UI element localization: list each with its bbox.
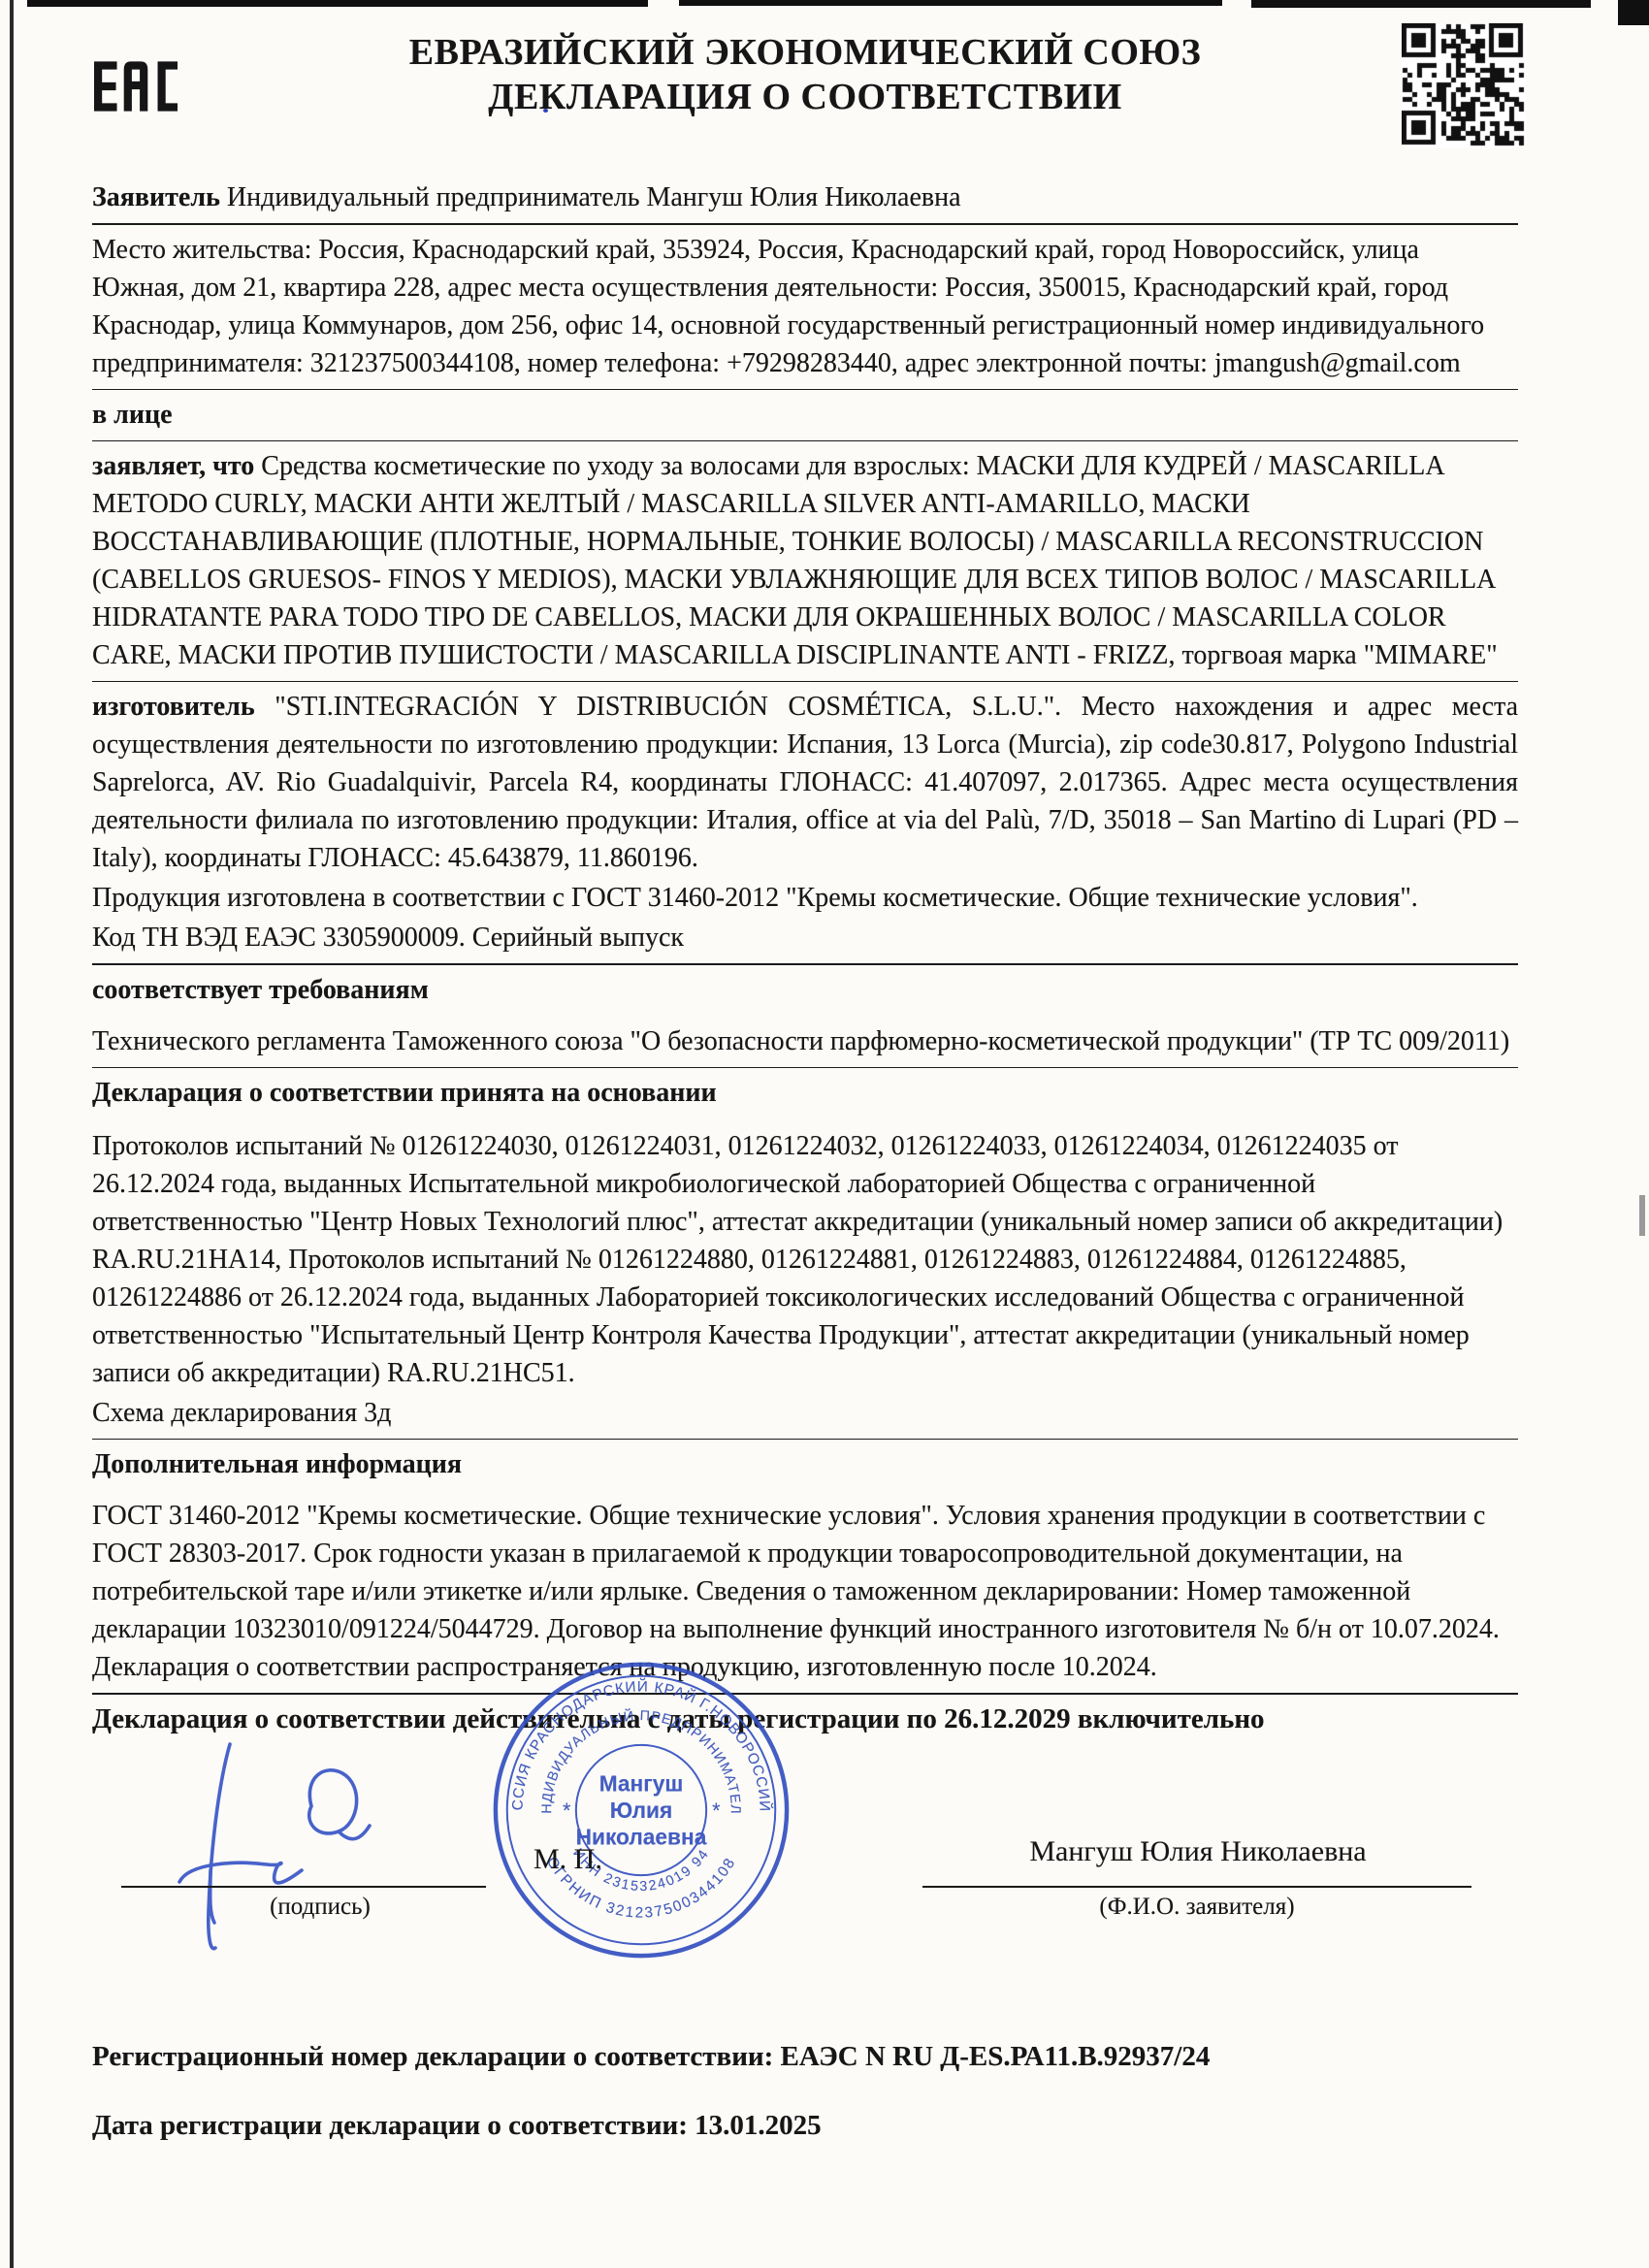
signature-caption: (подпись): [199, 1894, 441, 1921]
complies-text: Технического регламента Таможенного союз…: [92, 1022, 1518, 1060]
signature-area: РОССИЯ КРАСНОДАРСКИЙ КРАЙ Г.НОВОРОССИЙСК…: [92, 1746, 1518, 1991]
section-rule: [92, 681, 1518, 682]
registration-number-label: Регистрационный номер декларации о соотв…: [92, 2041, 773, 2072]
scan-top-strip: [27, 0, 648, 7]
document-header: ЕВРАЗИЙСКИЙ ЭКОНОМИЧЕСКИЙ СОЮЗ ДЕКЛАРАЦИ…: [92, 25, 1518, 178]
registration-date-label: Дата регистрации декларации о соответств…: [92, 2110, 688, 2141]
additional-text: ГОСТ 31460-2012 "Кремы косметические. Об…: [92, 1497, 1518, 1686]
scan-side-mark: [1639, 1195, 1645, 1236]
title-declaration: ДЕКЛАРАЦИЯ О СООТВЕТСТВИИ: [92, 76, 1518, 120]
tnved-line: Код ТН ВЭД ЕАЭС 3305900009. Серийный вып…: [92, 919, 1518, 956]
fio-line: [922, 1886, 1471, 1888]
section-rule: [92, 1067, 1518, 1068]
manufacturer-label: изготовитель: [92, 692, 255, 722]
basis-text: Протоколов испытаний № 01261224030, 0126…: [92, 1127, 1518, 1392]
scan-corner-mark: [1618, 0, 1649, 25]
stamp-star-left: *: [563, 1798, 571, 1823]
registration-number-line: Регистрационный номер декларации о соотв…: [92, 2041, 1518, 2073]
stamp-name-line1: Мангуш: [599, 1770, 684, 1796]
applicant-fio-name: Мангуш Юлия Николаевна: [897, 1835, 1499, 1868]
section-rule: [92, 1439, 1518, 1440]
applicant-value: Индивидуальный предприниматель Мангуш Юл…: [227, 182, 961, 212]
round-stamp: РОССИЯ КРАСНОДАРСКИЙ КРАЙ Г.НОВОРОССИЙСК…: [488, 1657, 794, 1963]
residence-paragraph: Место жительства: Россия, Краснодарский …: [92, 231, 1518, 382]
title-union: ЕВРАЗИЙСКИЙ ЭКОНОМИЧЕСКИЙ СОЮЗ: [92, 31, 1518, 76]
handwritten-signature: [121, 1717, 529, 1960]
registration-date-line: Дата регистрации декларации о соответств…: [92, 2110, 1518, 2142]
signature-line: [121, 1886, 486, 1888]
declaration-document-page: ЕВРАЗИЙСКИЙ ЭКОНОМИЧЕСКИЙ СОЮЗ ДЕКЛАРАЦИ…: [0, 0, 1649, 2268]
scan-top-strip: [1251, 0, 1591, 8]
production-gost-paragraph: Продукция изготовлена в соответствии с Г…: [92, 879, 1518, 917]
section-rule: [92, 389, 1518, 390]
scheme-line: Схема декларирования 3д: [92, 1394, 1518, 1432]
registration-number-value: ЕАЭС N RU Д-ES.РА11.В.92937/24: [781, 2041, 1211, 2072]
section-rule: [92, 1693, 1518, 1695]
registration-date-value: 13.01.2025: [695, 2110, 822, 2141]
section-rule: [92, 963, 1518, 965]
eac-logo-icon: [94, 37, 178, 141]
manufacturer-paragraph: изготовитель "STI.INTEGRACIÓN Y DISTRIBU…: [92, 688, 1518, 877]
applicant-label: Заявитель: [92, 182, 220, 212]
additional-label: Дополнительная информация: [92, 1445, 1518, 1483]
declares-label: заявляет, что: [92, 451, 254, 481]
qr-code: [1402, 23, 1526, 152]
mp-mark: М. П.: [533, 1843, 602, 1876]
stamp-name-line2: Юлия: [610, 1798, 672, 1823]
stamp-star-right: *: [712, 1798, 721, 1823]
applicant-line: Заявитель Индивидуальный предприниматель…: [92, 178, 1518, 216]
declares-text: Средства косметические по уходу за волос…: [92, 451, 1498, 670]
declares-paragraph: заявляет, что Средства косметические по …: [92, 447, 1518, 674]
section-rule: [92, 223, 1518, 225]
section-rule: [92, 440, 1518, 441]
manufacturer-text: "STI.INTEGRACIÓN Y DISTRIBUCIÓN COSMÉTIC…: [92, 692, 1518, 873]
in-person-label: в лице: [92, 396, 1518, 434]
basis-label: Декларация о соответствии принята на осн…: [92, 1074, 1518, 1112]
fio-caption: (Ф.И.О. заявителя): [922, 1894, 1471, 1921]
scan-edge-line: [10, 0, 14, 2268]
complies-label: соответствует требованиям: [92, 971, 1518, 1009]
scan-top-strip: [679, 0, 1222, 6]
